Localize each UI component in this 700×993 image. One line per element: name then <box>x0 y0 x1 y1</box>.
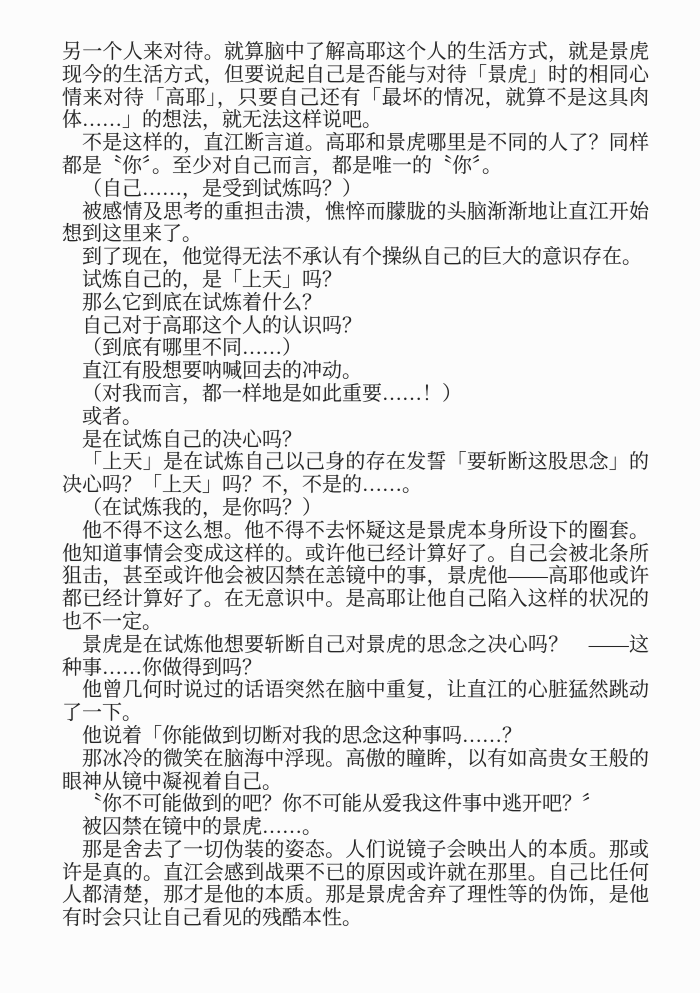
paragraph: 不是这样的，直江断言道。高耶和景虎哪里是不同的人了？同样都是〝你〞。至少对自己而… <box>62 132 649 178</box>
scanned-novel-page: 另一个人来对待。就算脑中了解高耶这个人的生活方式，就是景虎现今的生活方式，但要说… <box>0 0 700 993</box>
paragraph: 他曾几何时说过的话语突然在脑中重复，让直江的心脏猛然跳动了一下。 <box>62 679 649 725</box>
paragraph: 那冰冷的微笑在脑海中浮现。高傲的瞳眸，以有如高贵女王般的眼神从镜中凝视着自己。 <box>62 748 649 794</box>
paragraph: （到底有哪里不同……） <box>62 337 649 360</box>
paragraph: （在试炼我的，是你吗？） <box>62 497 649 520</box>
paragraph: 那么它到底在试炼着什么？ <box>62 292 649 315</box>
paragraph: 被囚禁在镜中的景虎……。 <box>62 816 649 839</box>
paragraph: 景虎是在试炼他想要斩断自己对景虎的思念之决心吗？ ——这种事……你做得到吗？ <box>62 634 649 680</box>
paragraph: 试炼自己的，是「上天」吗？ <box>62 269 649 292</box>
paragraph: 另一个人来对待。就算脑中了解高耶这个人的生活方式，就是景虎现今的生活方式，但要说… <box>62 41 649 132</box>
paragraph: 〝你不可能做到的吧？你不可能从爱我这件事中逃开吧？〞 <box>62 793 649 816</box>
paragraph: 自己对于高耶这个人的认识吗？ <box>62 315 649 338</box>
paragraph: 那是舍去了一切伪装的姿态。人们说镜子会映出人的本质。那或许是真的。直江会感到战栗… <box>62 839 649 930</box>
paragraph: （对我而言，都一样地是如此重要……！） <box>62 383 649 406</box>
paragraph: 或者。 <box>62 406 649 429</box>
paragraph: 到了现在，他觉得无法不承认有个操纵自己的巨大的意识存在。 <box>62 246 649 269</box>
body-text-block: 另一个人来对待。就算脑中了解高耶这个人的生活方式，就是景虎现今的生活方式，但要说… <box>62 41 649 930</box>
paragraph: 是在试炼自己的决心吗？ <box>62 429 649 452</box>
paragraph: 被感情及思考的重担击溃，憔悴而朦胧的头脑渐渐地让直江开始想到这里来了。 <box>62 201 649 247</box>
paragraph: （自己……，是受到试炼吗？） <box>62 178 649 201</box>
paragraph: 他不得不这么想。他不得不去怀疑这是景虎本身所设下的圈套。他知道事情会变成这样的。… <box>62 520 649 634</box>
paragraph: 他说着「你能做到切断对我的思念这种事吗……？ <box>62 725 649 748</box>
paragraph: 直江有股想要呐喊回去的冲动。 <box>62 360 649 383</box>
paragraph: 「上天」是在试炼自己以己身的存在发誓「要斩断这股思念」的决心吗？「上天」吗？不，… <box>62 451 649 497</box>
